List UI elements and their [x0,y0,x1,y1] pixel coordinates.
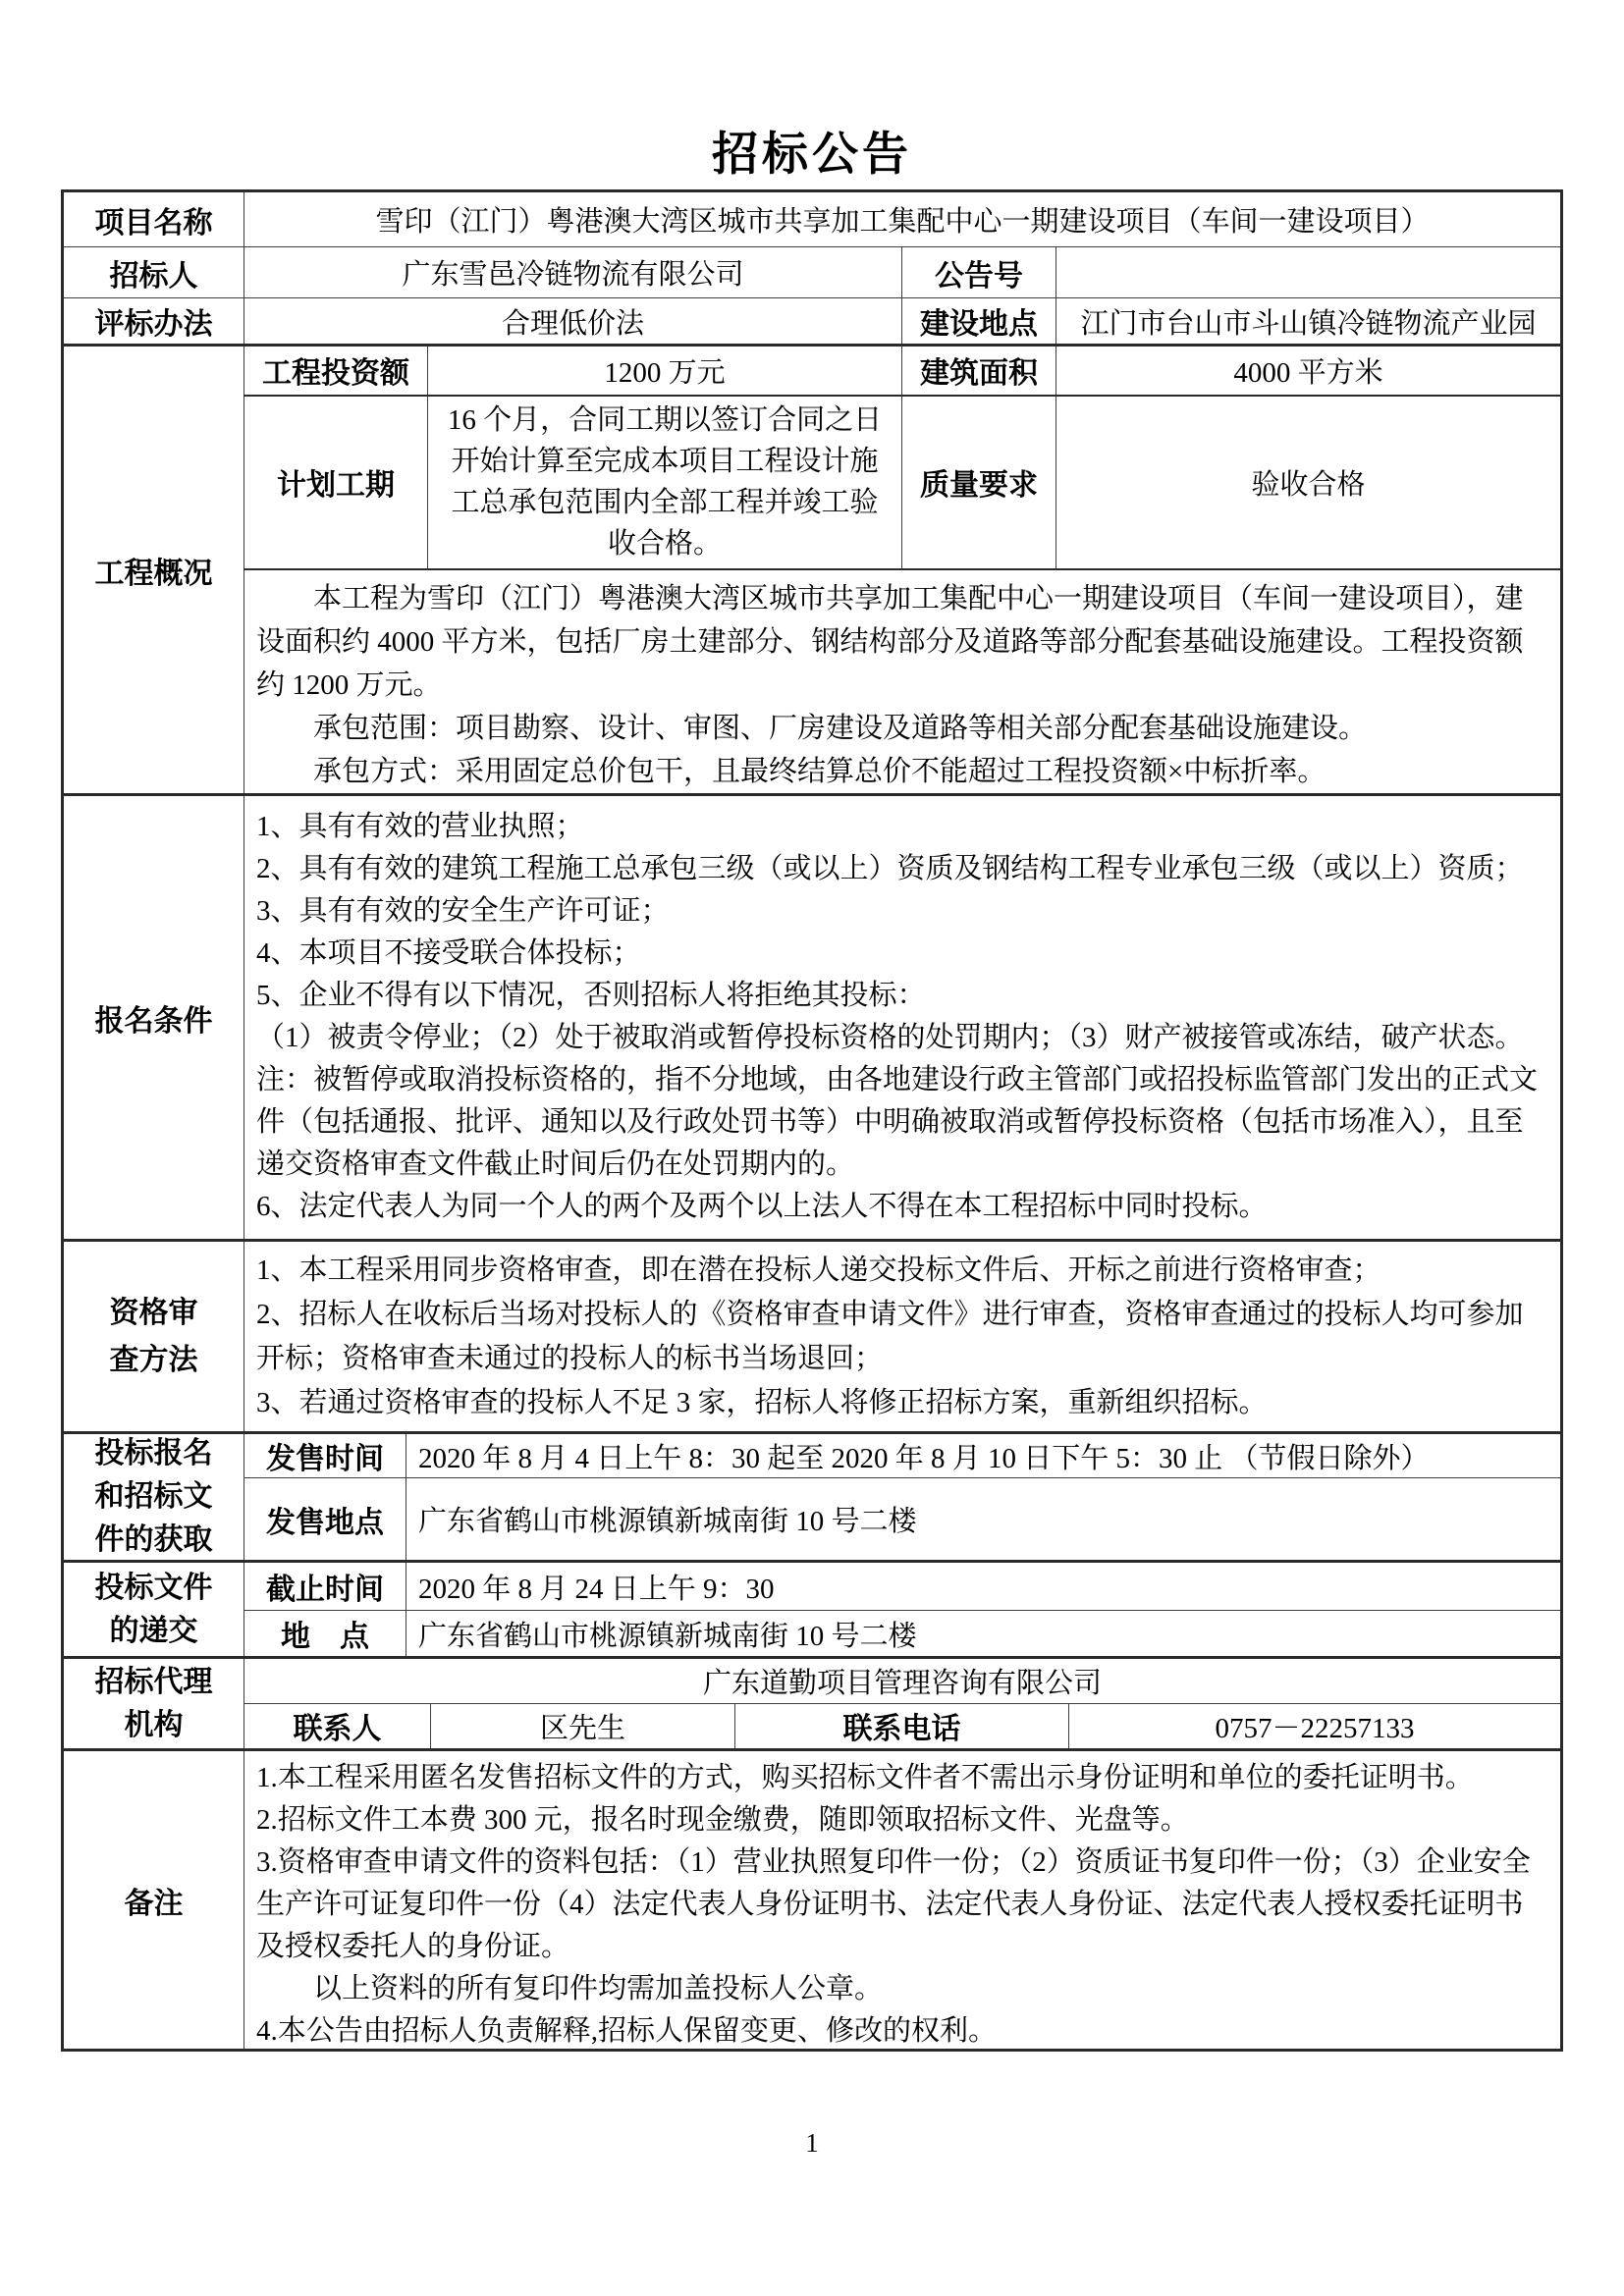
deadline-value: 2020 年 8 月 24 日上午 9：30 [406,1563,1560,1610]
contact-person-value: 区先生 [430,1704,734,1748]
construction-site-label: 建设地点 [901,298,1056,344]
row-investment: 工程投资额 1200 万元 建筑面积 4000 平方米 [244,347,1560,395]
row-project-name: 项目名称 雪印（江门）粤港澳大湾区城市共享加工集配中心一期建设项目（车间一建设项… [64,192,1560,246]
row-tenderee: 招标人 广东雪邑冷链物流有限公司 公告号 [64,246,1560,297]
bid-registration-body: 发售时间 2020 年 8 月 4 日上午 8：30 起至 2020 年 8 月… [244,1434,1560,1560]
overview-description: 本工程为雪印（江门）粤港澳大湾区城市共享加工集配中心一期建设项目（车间一建设项目… [244,570,1560,793]
contact-phone-label: 联系电话 [734,1704,1068,1748]
row-project-overview: 工程概况 工程投资额 1200 万元 建筑面积 4000 平方米 计划工期 16… [64,344,1560,793]
submission-place-label: 地 点 [244,1611,406,1656]
agency-label: 招标代理 机构 [64,1659,244,1748]
qualification-review-label: 资格审 查方法 [64,1242,244,1431]
document-title: 招标公告 [0,118,1624,184]
sale-place-value: 广东省鹤山市桃源镇新城南街 10 号二楼 [406,1478,1560,1560]
evaluation-method-value: 合理低价法 [244,298,901,344]
bid-registration-label: 投标报名 和招标文 件的获取 [64,1434,244,1560]
investment-label: 工程投资额 [244,347,427,395]
construction-site-value: 江门市台山市斗山镇冷链物流产业园 [1056,298,1560,344]
row-submission-place: 地 点 广东省鹤山市桃源镇新城南街 10 号二楼 [244,1610,1560,1656]
evaluation-method-label: 评标办法 [64,298,244,344]
bid-submission-body: 截止时间 2020 年 8 月 24 日上午 9：30 地 点 广东省鹤山市桃源… [244,1563,1560,1656]
floor-area-value: 4000 平方米 [1056,347,1560,395]
row-sale-place: 发售地点 广东省鹤山市桃源镇新城南街 10 号二楼 [244,1477,1560,1560]
contact-phone-value: 0757－22257133 [1068,1704,1560,1748]
row-qualification-review: 资格审 查方法 1、本工程采用同步资格审查，即在潜在投标人递交投标文件后、开标之… [64,1239,1560,1431]
page-number: 1 [0,2128,1624,2159]
quality-label: 质量要求 [901,397,1056,568]
planned-duration-value: 16 个月，合同工期以签订合同之日 开始计算至完成本项目工程设计施 工总承包范围… [427,397,901,568]
investment-value: 1200 万元 [427,347,901,395]
submission-place-value: 广东省鹤山市桃源镇新城南街 10 号二楼 [406,1611,1560,1656]
announcement-table: 项目名称 雪印（江门）粤港澳大湾区城市共享加工集配中心一期建设项目（车间一建设项… [61,189,1563,2052]
row-evaluation-method: 评标办法 合理低价法 建设地点 江门市台山市斗山镇冷链物流产业园 [64,297,1560,344]
row-application-conditions: 报名条件 1、具有有效的营业执照； 2、具有有效的建筑工程施工总承包三级（或以上… [64,793,1560,1239]
sale-time-value: 2020 年 8 月 4 日上午 8：30 起至 2020 年 8 月 10 日… [406,1434,1560,1477]
notice-no-label: 公告号 [901,247,1056,297]
bid-submission-label: 投标文件 的递交 [64,1563,244,1656]
row-planned-duration: 计划工期 16 个月，合同工期以签订合同之日 开始计算至完成本项目工程设计施 工… [244,395,1560,568]
row-agency-contact: 联系人 区先生 联系电话 0757－22257133 [244,1703,1560,1748]
contact-person-label: 联系人 [244,1704,430,1748]
project-overview-label: 工程概况 [64,347,244,793]
remarks-label: 备注 [64,1751,244,2049]
project-overview-body: 工程投资额 1200 万元 建筑面积 4000 平方米 计划工期 16 个月，合… [244,347,1560,793]
row-agency: 招标代理 机构 广东道勤项目管理咨询有限公司 联系人 区先生 联系电话 0757… [64,1656,1560,1748]
deadline-label: 截止时间 [244,1563,406,1610]
quality-value: 验收合格 [1056,397,1560,568]
row-remarks: 备注 1.本工程采用匿名发售招标文件的方式，购买招标文件者不需出示身份证明和单位… [64,1748,1560,2049]
row-bid-submission: 投标文件 的递交 截止时间 2020 年 8 月 24 日上午 9：30 地 点… [64,1560,1560,1656]
row-bid-registration: 投标报名 和招标文 件的获取 发售时间 2020 年 8 月 4 日上午 8：3… [64,1431,1560,1560]
row-deadline: 截止时间 2020 年 8 月 24 日上午 9：30 [244,1563,1560,1610]
notice-no-value [1056,247,1560,297]
row-overview-description: 本工程为雪印（江门）粤港澳大湾区城市共享加工集配中心一期建设项目（车间一建设项目… [244,568,1560,793]
tenderee-label: 招标人 [64,247,244,297]
row-sale-time: 发售时间 2020 年 8 月 4 日上午 8：30 起至 2020 年 8 月… [244,1434,1560,1477]
document-page: 招标公告 项目名称 雪印（江门）粤港澳大湾区城市共享加工集配中心一期建设项目（车… [0,0,1624,2296]
application-conditions-text: 1、具有有效的营业执照； 2、具有有效的建筑工程施工总承包三级（或以上）资质及钢… [244,796,1560,1239]
project-name-label: 项目名称 [64,192,244,246]
sale-time-label: 发售时间 [244,1434,406,1477]
qualification-review-text: 1、本工程采用同步资格审查，即在潜在投标人递交投标文件后、开标之前进行资格审查；… [244,1242,1560,1431]
project-name-value: 雪印（江门）粤港澳大湾区城市共享加工集配中心一期建设项目（车间一建设项目） [244,192,1560,246]
remarks-text: 1.本工程采用匿名发售招标文件的方式，购买招标文件者不需出示身份证明和单位的委托… [244,1751,1560,2049]
row-agency-company: 广东道勤项目管理咨询有限公司 [244,1659,1560,1703]
sale-place-label: 发售地点 [244,1478,406,1560]
floor-area-label: 建筑面积 [901,347,1056,395]
application-conditions-label: 报名条件 [64,796,244,1239]
tenderee-value: 广东雪邑冷链物流有限公司 [244,247,901,297]
planned-duration-label: 计划工期 [244,397,427,568]
agency-company-value: 广东道勤项目管理咨询有限公司 [244,1659,1560,1703]
agency-body: 广东道勤项目管理咨询有限公司 联系人 区先生 联系电话 0757－2225713… [244,1659,1560,1748]
